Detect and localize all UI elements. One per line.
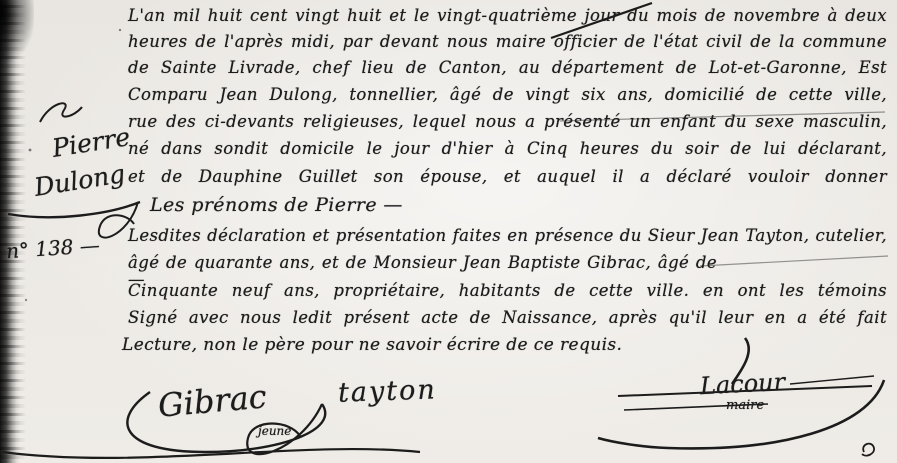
bottom-right-ink-mark bbox=[862, 444, 874, 456]
manuscript-line: Lecture, non le père pour ne savoir écri… bbox=[122, 337, 622, 354]
signature-tayton: tayton bbox=[337, 374, 437, 408]
manuscript-line: rue des ci-devants religieuses, lequel n… bbox=[128, 114, 887, 131]
manuscript-line: de Sainte Livrade, chef lieu de Canton, … bbox=[128, 60, 887, 77]
manuscript-line: né dans sondit domicile le jour d'hier à… bbox=[128, 141, 887, 158]
speckle bbox=[29, 149, 32, 152]
margin-flourish-mark bbox=[40, 103, 82, 122]
margin-child-surname: Dulong bbox=[32, 159, 127, 202]
speckle bbox=[119, 29, 121, 31]
manuscript-line: heures de l'après midi, par devant nous … bbox=[128, 34, 887, 51]
margin-act-number: n° 138 — bbox=[5, 233, 100, 263]
scanned-birth-record-page: Pierre Dulong n° 138 — L'an mil huit cen… bbox=[0, 0, 897, 463]
signature-gibrac-sweep bbox=[2, 449, 420, 458]
scan-corner-smudge bbox=[0, 0, 34, 62]
manuscript-line: Lesdites déclaration et présentation fai… bbox=[128, 228, 887, 245]
signature-lacour-maire: Lacour bbox=[699, 368, 785, 400]
signature-lacour-line3 bbox=[790, 376, 874, 384]
scan-border-left bbox=[0, 0, 20, 463]
signature-gibrac-subscript: jeune bbox=[258, 424, 291, 438]
manuscript-line: Cinquante neuf ans, propriétaire, habita… bbox=[128, 283, 887, 300]
manuscript-line: Comparu Jean Dulong, tonnellier, âgé de … bbox=[128, 87, 887, 104]
signature-gibrac: Gibrac bbox=[157, 377, 268, 424]
margin-child-firstname: Pierre bbox=[50, 122, 132, 163]
manuscript-line: et de Dauphine Guillet son épouse, et au… bbox=[128, 169, 887, 186]
margin-name-underline bbox=[8, 202, 140, 217]
strike-artifact bbox=[700, 256, 888, 266]
manuscript-line-child-name: Les prénoms de Pierre — bbox=[150, 196, 403, 215]
manuscript-line: L'an mil huit cent vingt huit et le ving… bbox=[128, 8, 887, 25]
manuscript-line: Signé avec nous ledit présent acte de Na… bbox=[128, 310, 887, 327]
signature-lacour-subscript: maire bbox=[726, 398, 764, 413]
